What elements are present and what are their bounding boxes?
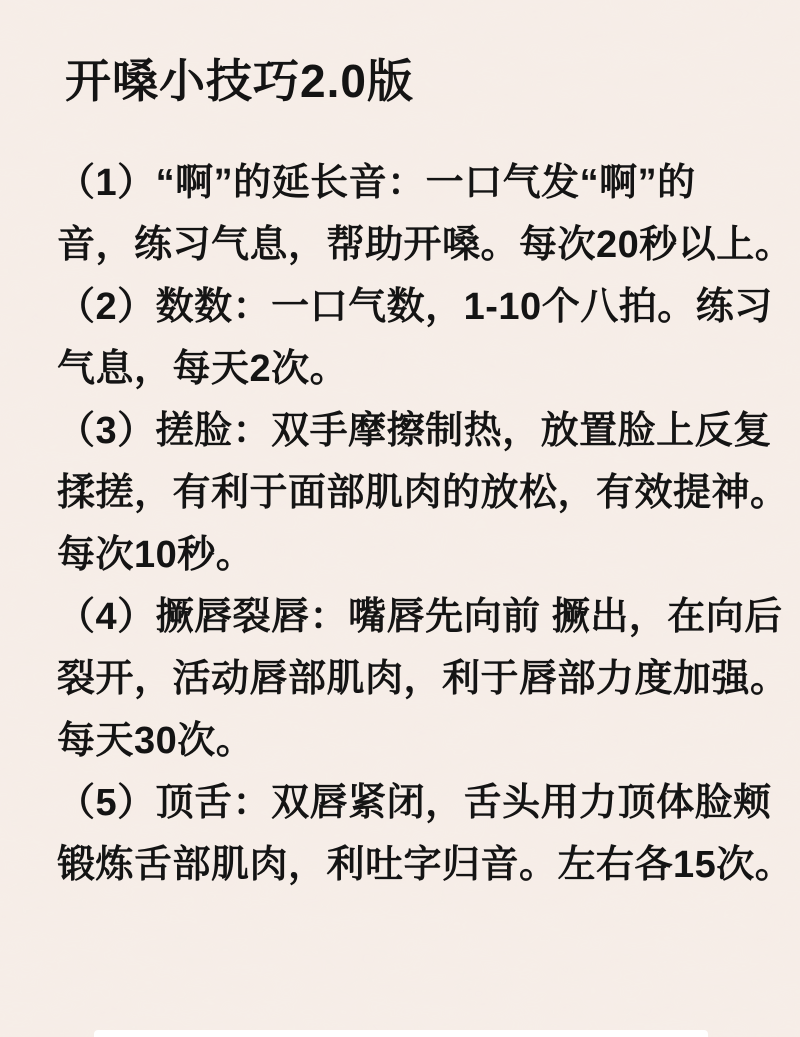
page-title: 开嗓小技巧2.0版 (65, 52, 745, 110)
tip-line: 锻炼舌部肌肉，利吐字归音。左右各15次。 (57, 834, 745, 896)
tip-line: 揉搓，有利于面部肌肉的放松，有效提神。 (57, 462, 745, 524)
tips-text-block: （1）“啊”的延长音：一口气发“啊”的 音，练习气息，帮助开嗓。每次20秒以上。… (57, 152, 745, 896)
tip-line: （2）数数：一口气数，1-10个八拍。练习 (57, 276, 745, 338)
tip-line: （1）“啊”的延长音：一口气发“啊”的 (57, 152, 745, 214)
tip-line: 音，练习气息，帮助开嗓。每次20秒以上。 (57, 214, 745, 276)
tip-line: （3）搓脸：双手摩擦制热，放置脸上反复 (57, 400, 745, 462)
tip-line: 气息，每天2次。 (57, 338, 745, 400)
note-card: 开嗓小技巧2.0版 （1）“啊”的延长音：一口气发“啊”的 音，练习气息，帮助开… (0, 0, 800, 1037)
bottom-edge-bar (94, 1030, 708, 1037)
tip-line: （5）顶舌：双唇紧闭，舌头用力顶体脸颊 (57, 772, 745, 834)
tip-line: 裂开，活动唇部肌肉，利于唇部力度加强。 (57, 648, 745, 710)
document-content: 开嗓小技巧2.0版 （1）“啊”的延长音：一口气发“啊”的 音，练习气息，帮助开… (0, 0, 800, 1037)
tip-line: 每天30次。 (57, 710, 745, 772)
tip-line: 每次10秒。 (57, 524, 745, 586)
tip-line: （4）撅唇裂唇：嘴唇先向前 撅出，在向后 (57, 586, 745, 648)
